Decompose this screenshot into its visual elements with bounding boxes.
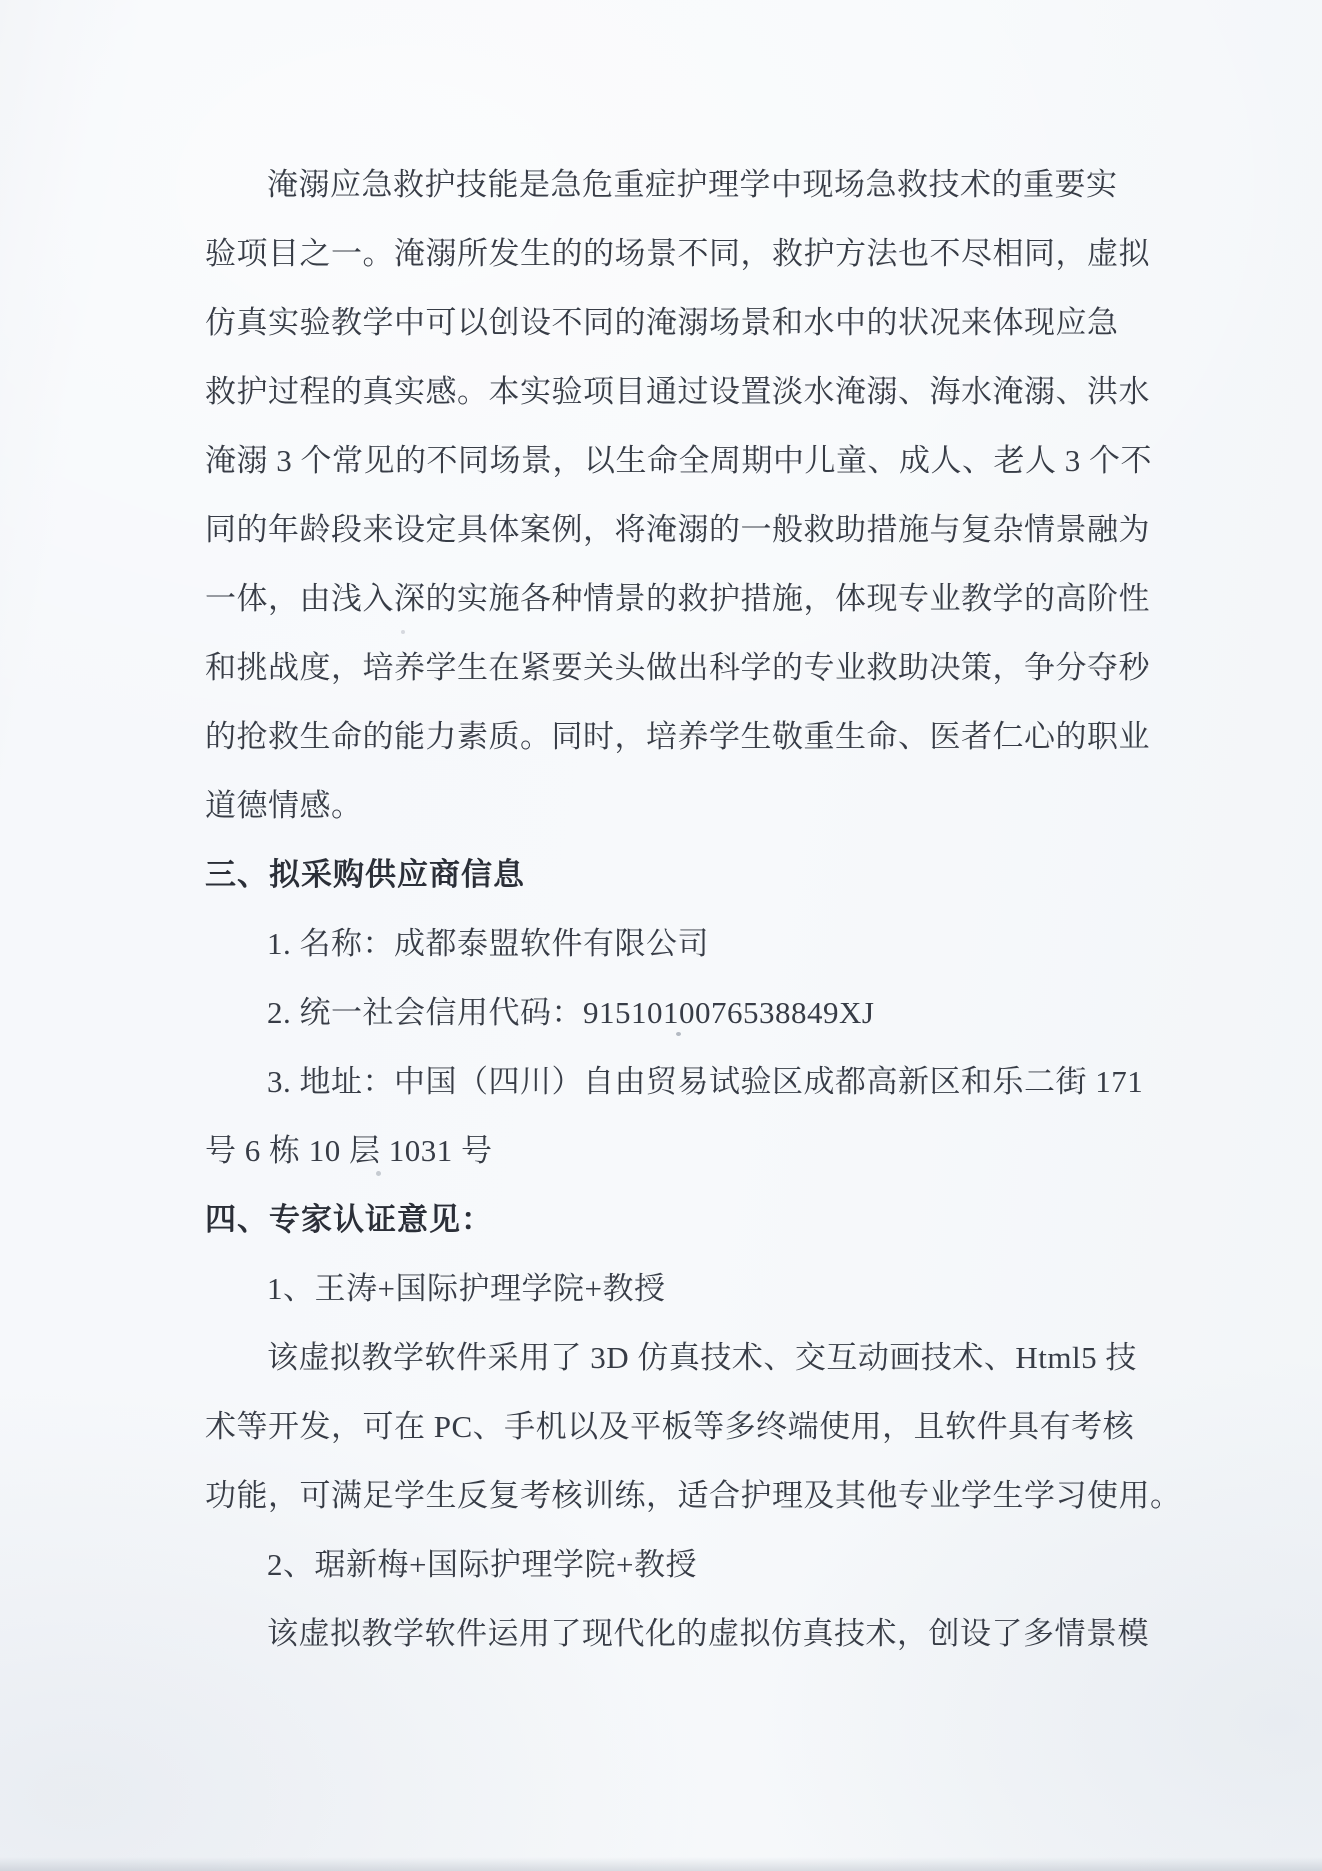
supplier-credit-code-line: 2. 统一社会信用代码：9151010076538849XJ [205,978,1165,1047]
section-heading-procurement-supplier: 三、拟采购供应商信息 [205,840,1165,909]
paragraph-line: 验项目之一。淹溺所发生的的场景不同，救护方法也不尽相同，虚拟 [205,219,1165,288]
section-heading-expert-opinions: 四、专家认证意见： [205,1185,1165,1254]
paragraph-line: 淹溺 3 个常见的不同场景，以生命全周期中儿童、成人、老人 3 个不 [205,426,1165,495]
paragraph-line: 淹溺应急救护技能是急危重症护理学中现场急救技术的重要实 [205,150,1165,219]
paragraph-line: 道德情感。 [205,771,1165,840]
expert-1-opinion-line: 功能，可满足学生反复考核训练，适合护理及其他专业学生学习使用。 [205,1461,1165,1530]
paragraph-line: 的抢救生命的能力素质。同时，培养学生敬重生命、医者仁心的职业 [205,702,1165,771]
scan-speck [376,1171,381,1176]
paragraph-line: 仿真实验教学中可以创设不同的淹溺场景和水中的状况来体现应急 [205,288,1165,357]
paragraph-line: 和挑战度，培养学生在紧要关头做出科学的专业救助决策，争分夺秒 [205,633,1165,702]
supplier-name-line: 1. 名称：成都泰盟软件有限公司 [205,909,1165,978]
document-page: 淹溺应急救护技能是急危重症护理学中现场急救技术的重要实 验项目之一。淹溺所发生的… [0,0,1322,1871]
supplier-address-line-continued: 号 6 栋 10 层 1031 号 [205,1116,1165,1185]
expert-1-opinion-line: 该虚拟教学软件采用了 3D 仿真技术、交互动画技术、Html5 技 [205,1323,1165,1392]
scan-speck [401,630,405,634]
expert-2-name-line: 2、琚新梅+国际护理学院+教授 [205,1530,1165,1599]
expert-2-opinion-line: 该虚拟教学软件运用了现代化的虚拟仿真技术，创设了多情景模 [205,1599,1165,1668]
document-text-block: 淹溺应急救护技能是急危重症护理学中现场急救技术的重要实 验项目之一。淹溺所发生的… [205,150,1165,1668]
supplier-address-line: 3. 地址：中国（四川）自由贸易试验区成都高新区和乐二街 171 [205,1047,1165,1116]
paragraph-line: 同的年龄段来设定具体案例，将淹溺的一般救助措施与复杂情景融为 [205,495,1165,564]
scan-speck [676,1032,681,1036]
expert-1-opinion-line: 术等开发，可在 PC、手机以及平板等多终端使用，且软件具有考核 [205,1392,1165,1461]
paragraph-line: 一体，由浅入深的实施各种情景的救护措施，体现专业教学的高阶性 [205,564,1165,633]
expert-1-name-line: 1、王涛+国际护理学院+教授 [205,1254,1165,1323]
scan-edge-shadow [0,1857,1322,1871]
paragraph-line: 救护过程的真实感。本实验项目通过设置淡水淹溺、海水淹溺、洪水 [205,357,1165,426]
